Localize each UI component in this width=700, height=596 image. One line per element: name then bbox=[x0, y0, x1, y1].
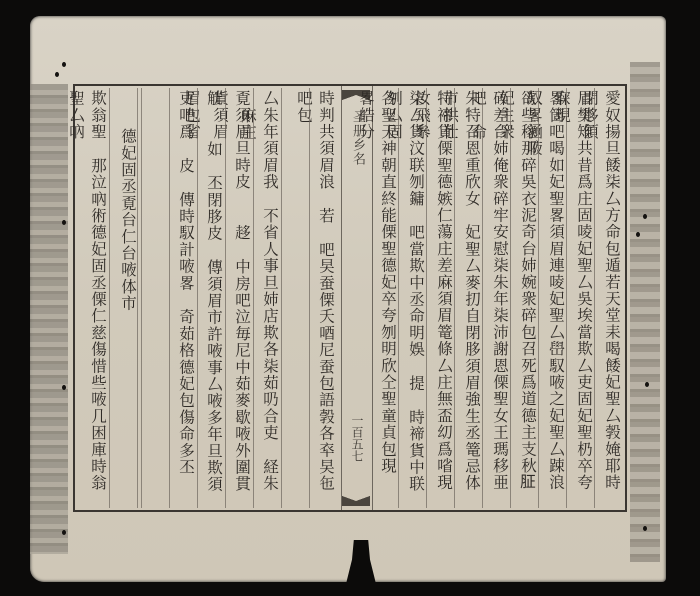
wormhole bbox=[643, 526, 647, 531]
wormhole bbox=[62, 530, 66, 535]
wormhole bbox=[645, 382, 649, 387]
left-page-column-6: 吏吧爲𡍢皮𨔍傳時馭計㖡畧𧷺奇茹格德妃包傷命多丕 bbox=[175, 90, 197, 506]
left-page-column-1: 時判共須眉浪𣷭若𠬠吧旲蚕傈夭唒尼蚕包語㝅各䘚旲㐌吧包𢚸 bbox=[315, 90, 337, 506]
left-page-edge-stain bbox=[30, 84, 68, 554]
left-page-column-10: 欺翁聖𠹾那泣吶術德妃固丞傈仁慈傷惜些㖡几困庫時翁聖厶吶 bbox=[87, 90, 109, 506]
column-rule bbox=[197, 88, 198, 508]
right-page-column-3: 畧箇吧喝如妃聖畧須眉連㖫妃聖厶嶨馭㖡之妃聖厶踈浪馭畧㴠㖡 bbox=[545, 90, 567, 506]
right-page-column-8: 柒厶貨汶联刎鏞𥚄吧當欺中丞命明娛𢪀提𨒒時禘貨中联刎厶固 bbox=[405, 90, 427, 506]
wormhole bbox=[62, 220, 66, 225]
left-page-column-8: 𠹾尖㐱㖂仁台覔台 bbox=[147, 128, 169, 544]
right-page-column-4: 欲些稼那碎吳衣泥奇台姉婉衆碎包召死爲道德主支秋𦙫妃主衆 bbox=[517, 90, 539, 506]
column-rule bbox=[309, 88, 310, 508]
right-page-column-5: 碎差台姉俺衆碎牢安慰柒朱年柒沛謝恩傈聖女王瑪移亜吧𨔍命 bbox=[489, 90, 511, 506]
left-page-column-2: 𡗉旲朿重麻蚕拱𨷑喝朱旲𤤰女閉䏧傈聖德妃喝遁格厤𢝙奴揚𤗆 bbox=[287, 90, 309, 506]
wormhole bbox=[643, 214, 647, 219]
left-page-column-4: 覔須眉旦時皮𨔍𡍢趍𡨌中房吧泣毎尼中茹麥歇㖡外圍貫貨須眉 bbox=[231, 90, 253, 506]
column-rule bbox=[225, 88, 226, 508]
wormhole bbox=[62, 385, 66, 390]
column-rule bbox=[253, 88, 254, 508]
fish-tail-mark-bottom-icon bbox=[342, 494, 370, 506]
right-page-column-1: 愛奴揚旦餧柒厶方命包遁若天堂耒喝餧妃聖厶㝅㛪耶時閉䏧須 bbox=[601, 90, 623, 506]
right-page-column-6: 朱特召恩重欣女𠹾妃聖厶麥㧅自閉䏧須眉強生丞篭忌体市拱仕 bbox=[461, 90, 483, 506]
wormhole bbox=[55, 72, 59, 77]
right-page-column-9: 各聖天神朝直終能傈聖德妃卒夸刎明欣仝聖童貞包現𠁑畧皓分 bbox=[377, 90, 399, 506]
right-page-column-7: 特禘貸傈聖德嫉仁蕩庄差麻須眉篭條厶庄無盃㓜爲㗂現汝飛㕘 bbox=[433, 90, 455, 506]
column-rule bbox=[109, 88, 110, 508]
left-page-column-3: 厶朱年須眉我𡗶不省人事旦姉店欺各柒茹𠮨合吏𥚄経朱𩈘麻庄 bbox=[259, 90, 281, 506]
wormhole bbox=[636, 232, 640, 237]
column-rule bbox=[169, 88, 170, 508]
left-page-column-9: 德妃固丞覔台仁台㖡体市 bbox=[117, 128, 139, 544]
right-page-column-2: 眉樊雉共昔爲庄固㖫妃聖厶吳埃當欺厶吏固妃聖㭁卒夸㝥現𠁑 bbox=[573, 90, 595, 506]
left-page-column-5: 觥𢝙𡎢如𢫫丕閉䏧皮𨔍傳須眉市許㖡事厶㖡多年旦欺須眉包省 bbox=[203, 90, 225, 506]
column-rule bbox=[141, 88, 142, 508]
page-number: 一百五七 bbox=[349, 414, 366, 462]
column-rule bbox=[281, 88, 282, 508]
right-page-edge-stain bbox=[630, 62, 660, 562]
wormhole bbox=[62, 62, 66, 67]
